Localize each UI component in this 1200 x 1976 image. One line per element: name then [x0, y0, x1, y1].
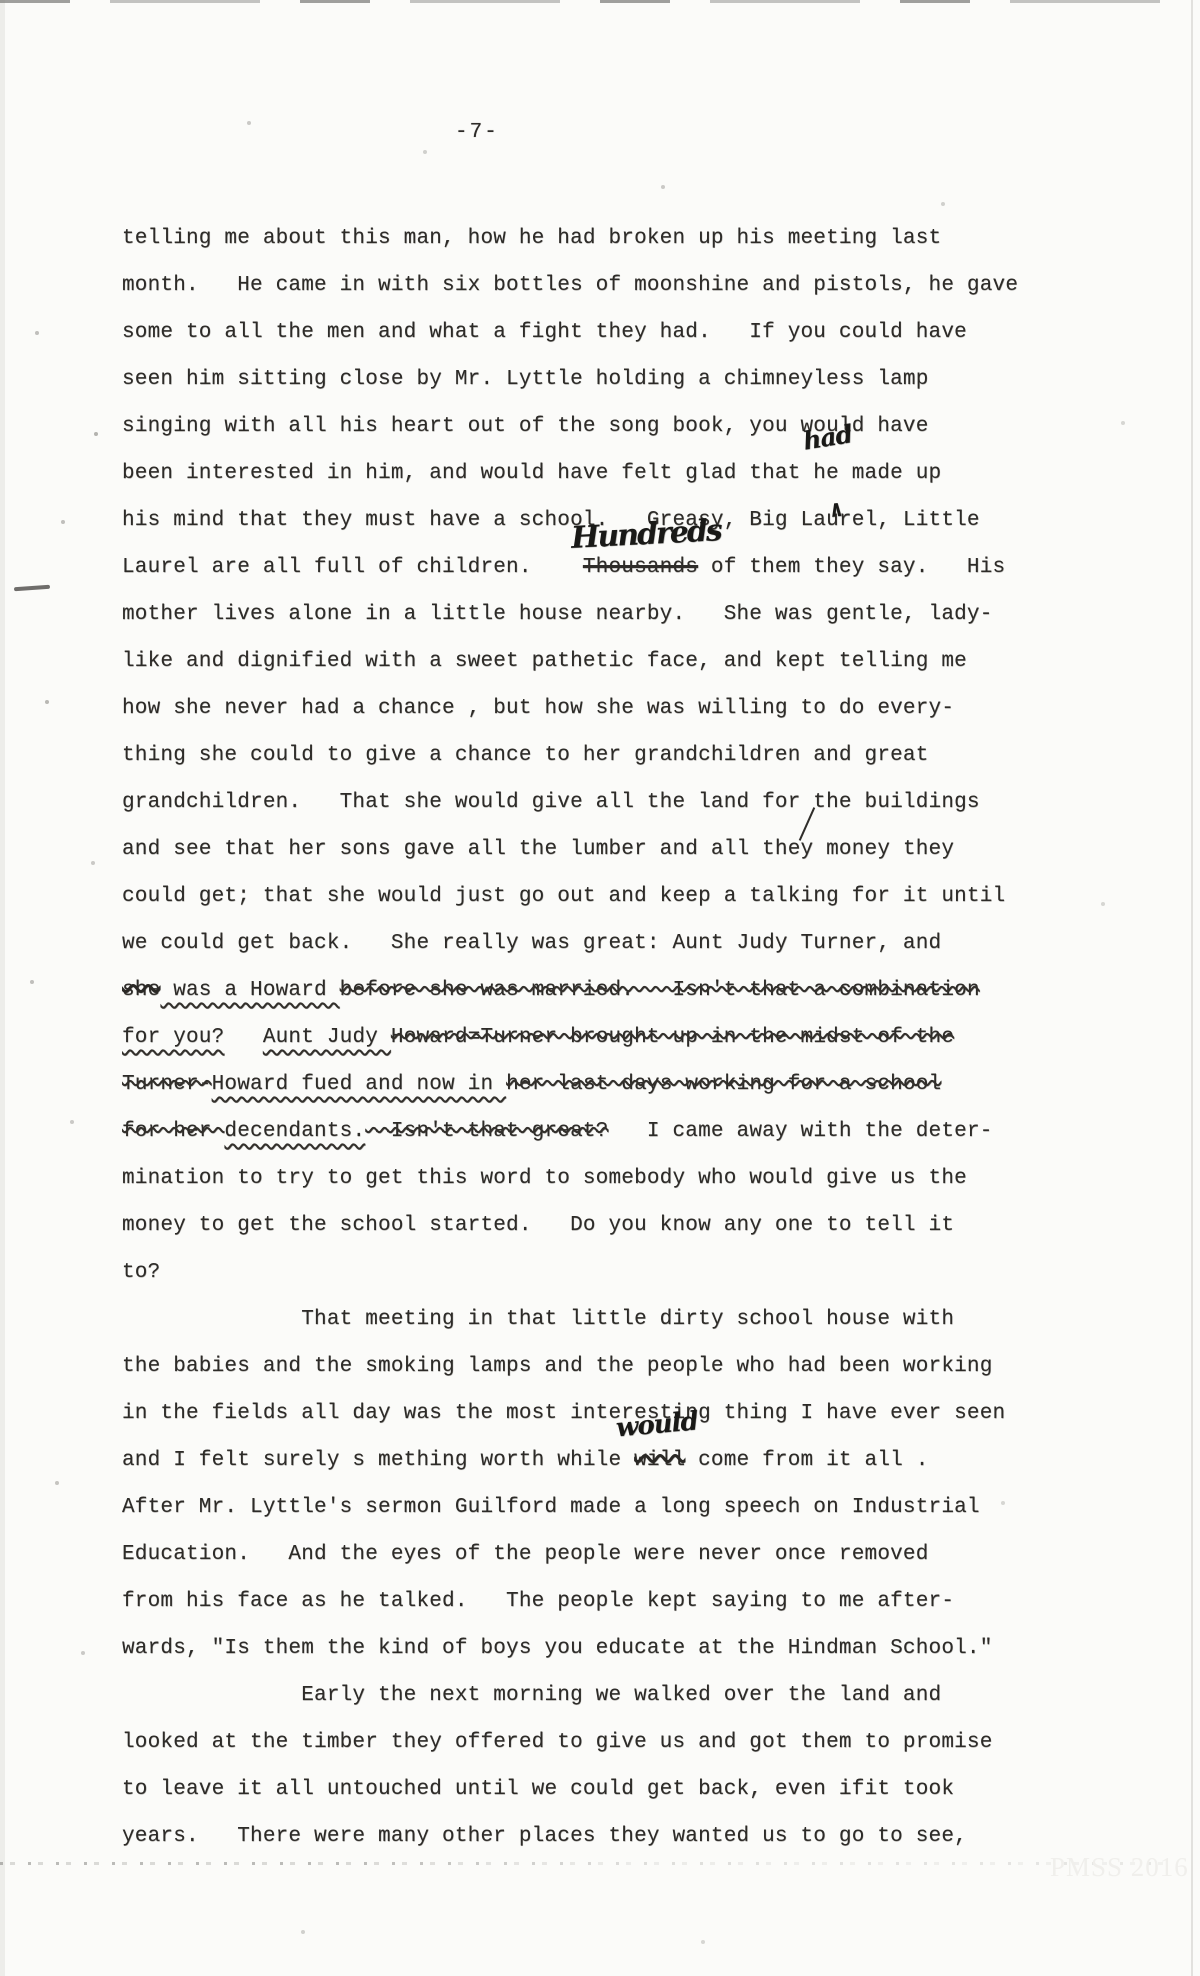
text-line: Turner-Howard fued and now in her last d…: [122, 1061, 1162, 1108]
scan-smear-artifact: [0, 1862, 1165, 1865]
text-line: from his face as he talked. The people k…: [122, 1578, 1162, 1625]
text-line: could get; that she would just go out an…: [122, 873, 1162, 920]
scanned-letter-page: -7- telling me about this man, how he ha…: [0, 0, 1200, 1976]
struck-text: Aunt Judy: [263, 1026, 391, 1049]
struck-text: Howard fued and now in: [212, 1073, 506, 1096]
margin-dash-artifact: [14, 585, 50, 592]
text-line: Early the next morning we walked over th…: [122, 1672, 1162, 1719]
typed-text: money to get the school started. Do you …: [122, 1214, 954, 1237]
typed-text: Laurel are all full of children.: [122, 556, 583, 579]
typed-text: Early the next morning we walked over th…: [122, 1684, 941, 1707]
text-line: how she never had a chance , but how she…: [122, 685, 1162, 732]
typed-text: his mind that they must have a school. G…: [122, 509, 980, 532]
typed-text: looked at the timber they offered to giv…: [122, 1731, 993, 1754]
text-line: After Mr. Lyttle's sermon Guilford made …: [122, 1484, 1162, 1531]
struck-text: decendants.: [224, 1120, 365, 1143]
typed-text: made up: [839, 462, 941, 485]
struck-text: her last days working for a school: [506, 1073, 941, 1096]
typed-text: month. He came in with six bottles of mo…: [122, 274, 1018, 297]
text-line: money to get the school started. Do you …: [122, 1202, 1162, 1249]
typed-text: we could get back. She really was great:…: [122, 932, 941, 955]
typed-text: to?: [122, 1261, 160, 1284]
scan-right-edge-artifact: [1191, 0, 1193, 1976]
text-line: for you? Aunt Judy Howard=Turner brought…: [122, 1014, 1162, 1061]
struck-text: Turner-: [122, 1073, 212, 1096]
text-line: Laurel are all full of children. Hundred…: [122, 544, 1162, 591]
text-line: years. There were many other places they…: [122, 1813, 1162, 1860]
typed-text: years. There were many other places they…: [122, 1825, 967, 1848]
struck-text: Isn't that great?: [365, 1120, 608, 1143]
scan-speckles: [0, 0, 2, 2]
text-line: to leave it all untouched until we could…: [122, 1766, 1162, 1813]
insertion-caret: ∧: [827, 479, 846, 539]
struck-text: was a Howard: [160, 979, 339, 1002]
typed-text: money they: [813, 838, 954, 861]
typed-text: That meeting in that little dirty school…: [122, 1308, 954, 1331]
letter-body: telling me about this man, how he had br…: [122, 215, 1162, 1860]
text-line: wards, "Is them the kind of boys you edu…: [122, 1625, 1162, 1672]
text-line: grandchildren. That she would give all t…: [122, 779, 1162, 826]
text-line: telling me about this man, how he had br…: [122, 215, 1162, 262]
text-line: and I felt surely s mething worth while …: [122, 1437, 1162, 1484]
typed-text: mother lives alone in a little house nea…: [122, 603, 993, 626]
text-line: the babies and the smoking lamps and the…: [122, 1343, 1162, 1390]
typed-text: wards, "Is them the kind of boys you edu…: [122, 1637, 993, 1660]
text-line: been interested in him, and would have f…: [122, 450, 1162, 497]
typed-text: been interested in him, and would have f…: [122, 462, 839, 485]
text-line: mination to try to get this word to some…: [122, 1155, 1162, 1202]
text-line: month. He came in with six bottles of mo…: [122, 262, 1162, 309]
typed-text: telling me about this man, how he had br…: [122, 227, 941, 250]
typed-text: Education. And the eyes of the people we…: [122, 1543, 929, 1566]
struck-text: Howard=Turner brought up in the midst of…: [391, 1026, 954, 1049]
text-line: Education. And the eyes of the people we…: [122, 1531, 1162, 1578]
text-line: thing she could to give a chance to her …: [122, 732, 1162, 779]
typed-text: how she never had a chance , but how she…: [122, 697, 954, 720]
text-line: That meeting in that little dirty school…: [122, 1296, 1162, 1343]
typed-text: could get; that she would just go out an…: [122, 885, 1005, 908]
struck-text: will: [634, 1449, 685, 1472]
scan-left-edge-artifact: [0, 0, 5, 1976]
typed-text: come from it all .: [685, 1449, 928, 1472]
text-line: singing with all his heart out of the so…: [122, 403, 1162, 450]
text-line: mother lives alone in a little house nea…: [122, 591, 1162, 638]
text-line: looked at the timber they offered to giv…: [122, 1719, 1162, 1766]
struck-text: y: [801, 826, 814, 873]
typed-text: mination to try to get this word to some…: [122, 1167, 967, 1190]
typed-text: thing she could to give a chance to her …: [122, 744, 929, 767]
handwritten-word: would: [614, 1399, 699, 1453]
typed-text: of them they say. His: [698, 556, 1005, 579]
typed-text: and I felt surely s mething worth while: [122, 1449, 634, 1472]
text-line: like and dignified with a sweet pathetic…: [122, 638, 1162, 685]
typed-text: seen him sitting close by Mr. Lyttle hol…: [122, 368, 929, 391]
typed-text: the babies and the smoking lamps and the…: [122, 1355, 993, 1378]
watermark: PMSS 2016: [1050, 1852, 1189, 1883]
typed-text: [224, 1026, 262, 1049]
handwritten-word: had: [800, 410, 856, 464]
text-line: for her decendants. Isn't that great? I …: [122, 1108, 1162, 1155]
text-line: we could get back. She really was great:…: [122, 920, 1162, 967]
struck-text: for you?: [122, 1026, 224, 1049]
page-number: -7-: [455, 121, 499, 144]
scan-top-edge-artifact: [0, 0, 1200, 3]
typed-text: I came away with the deter-: [609, 1120, 993, 1143]
typed-text: After Mr. Lyttle's sermon Guilford made …: [122, 1496, 980, 1519]
typed-text: to leave it all untouched until we could…: [122, 1778, 954, 1801]
struck-text: for her: [122, 1120, 224, 1143]
typed-text: and see that her sons gave all the lumbe…: [122, 838, 801, 861]
text-line: seen him sitting close by Mr. Lyttle hol…: [122, 356, 1162, 403]
typed-text: some to all the men and what a fight the…: [122, 321, 967, 344]
text-line: and see that her sons gave all the lumbe…: [122, 826, 1162, 873]
typed-text: grandchildren. That she would give all t…: [122, 791, 980, 814]
text-line: she was a Howard before she was married.…: [122, 967, 1162, 1014]
typed-text: from his face as he talked. The people k…: [122, 1590, 954, 1613]
typed-text: like and dignified with a sweet pathetic…: [122, 650, 967, 673]
struck-text: she: [122, 979, 160, 1002]
handwritten-word: Hundreds: [570, 507, 722, 562]
struck-text: before she was married. Isn't that a com…: [340, 979, 980, 1002]
typed-text: in the fields all day was the most inter…: [122, 1402, 1005, 1425]
text-line: some to all the men and what a fight the…: [122, 309, 1162, 356]
text-line: to?: [122, 1249, 1162, 1296]
